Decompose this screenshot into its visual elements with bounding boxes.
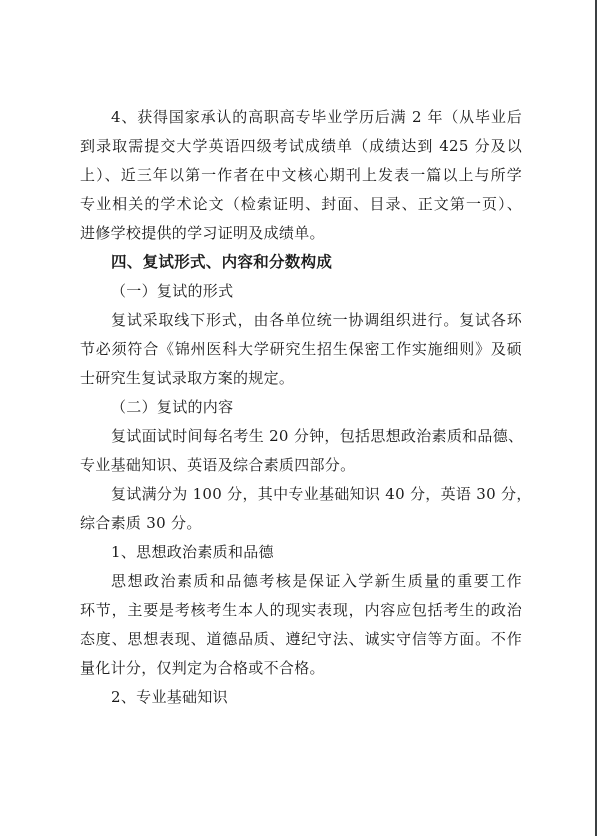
paragraph-retest-form-line-1: 复试采取线下形式，由各单位统一协调组织进行。复试各环 — [111, 309, 522, 331]
paragraph-requirement-4-line-5: 进修学校提供的学习证明及成绩单。 — [80, 222, 522, 244]
subheading-retest-form: （一）复试的形式 — [111, 280, 522, 302]
paragraph-interview-time-line-1: 复试面试时间每名考生 20 分钟，包括思想政治素质和品德、 — [111, 425, 522, 447]
paragraph-retest-form-line-2: 节必须符合《锦州医科大学研究生招生保密工作实施细则》及硕 — [80, 338, 522, 360]
paragraph-score-composition-line-1: 复试满分为 100 分，其中专业基础知识 40 分，英语 30 分， — [111, 483, 522, 505]
subheading-political-quality: 1、思想政治素质和品德 — [111, 541, 522, 563]
paragraph-requirement-4-line-1: 4、获得国家承认的高职高专毕业学历后满 2 年（从毕业后 — [111, 106, 522, 128]
paragraph-requirement-4-line-4: 专业相关的学术论文（检索证明、封面、目录、正文第一页）、 — [80, 193, 522, 215]
paragraph-political-quality-line-3: 态度、思想表现、道德品质、遵纪守法、诚实守信等方面。不作 — [80, 628, 522, 650]
paragraph-requirement-4-line-3: 上）、近三年以第一作者在中文核心期刊上发表一篇以上与所学 — [80, 164, 522, 186]
section-heading-retest-format: 四、复试形式、内容和分数构成 — [111, 251, 522, 273]
paragraph-political-quality-line-1: 思想政治素质和品德考核是保证入学新生质量的重要工作 — [111, 570, 522, 592]
paragraph-political-quality-line-2: 环节，主要是考核考生本人的现实表现，内容应包括考生的政治 — [80, 599, 522, 621]
paragraph-requirement-4-line-2: 到录取需提交大学英语四级考试成绩单（成绩达到 425 分及以 — [80, 135, 522, 157]
paragraph-retest-form-line-3: 士研究生复试录取方案的规定。 — [80, 367, 522, 389]
paragraph-score-composition-line-2: 综合素质 30 分。 — [80, 512, 522, 534]
paragraph-political-quality-line-4: 量化计分，仅判定为合格或不合格。 — [80, 657, 522, 679]
subheading-professional-knowledge: 2、专业基础知识 — [111, 686, 522, 708]
document-page: 4、获得国家承认的高职高专毕业学历后满 2 年（从毕业后 到录取需提交大学英语四… — [0, 0, 595, 836]
subheading-retest-content: （二）复试的内容 — [111, 396, 522, 418]
paragraph-interview-time-line-2: 专业基础知识、英语及综合素质四部分。 — [80, 454, 522, 476]
